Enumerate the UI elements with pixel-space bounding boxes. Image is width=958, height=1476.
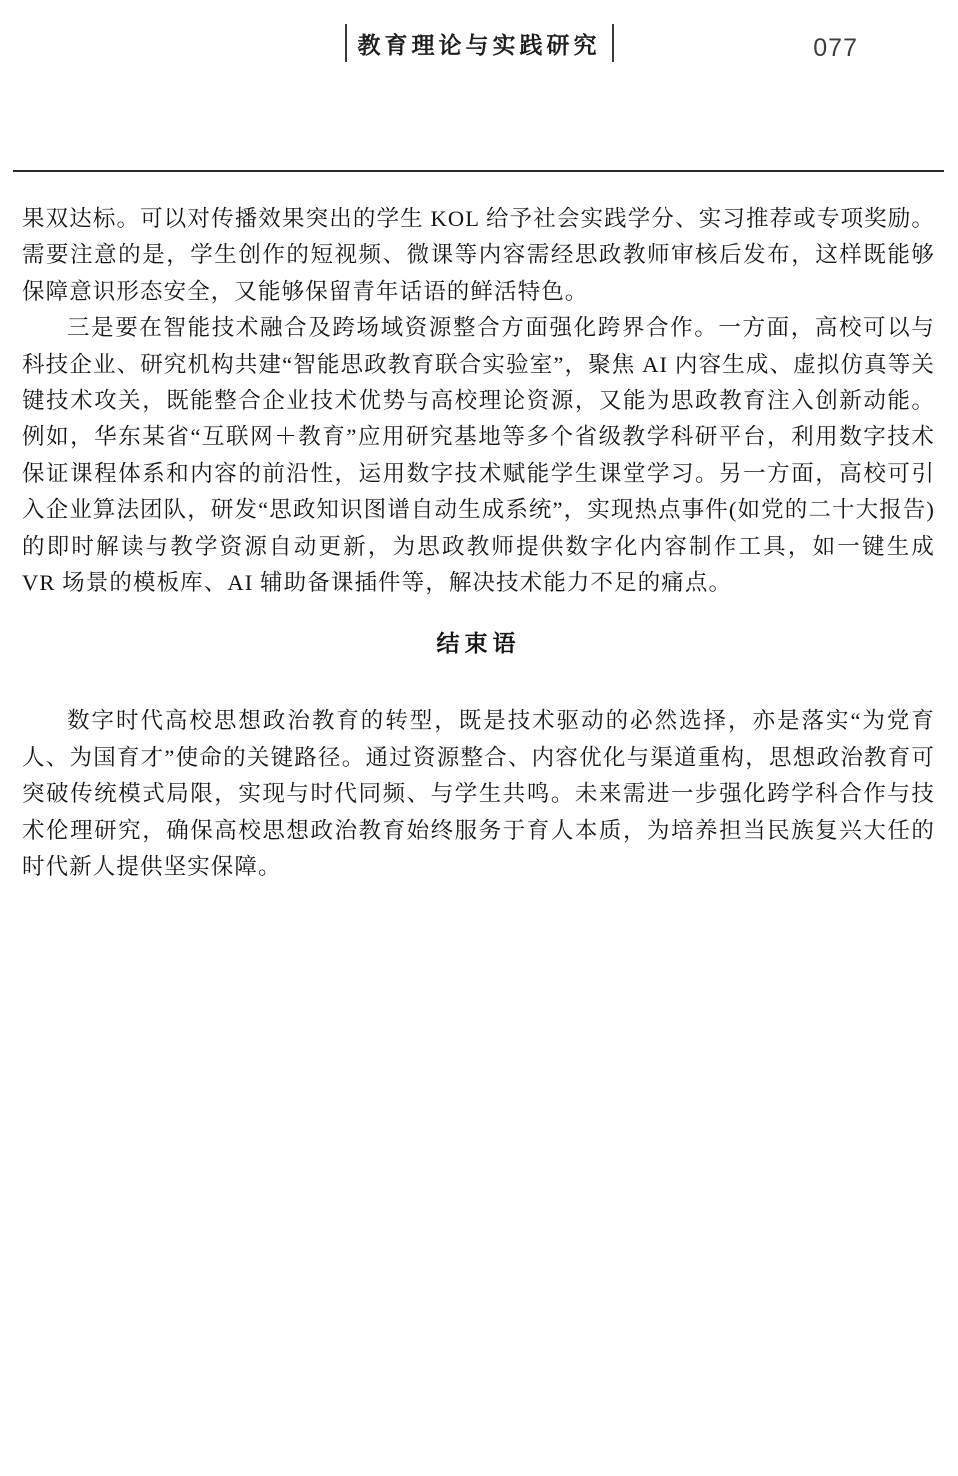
journal-title-group: 教育理论与实践研究 (345, 24, 614, 62)
conclusion-paragraph: 数字时代高校思想政治教育的转型，既是技术驱动的必然选择，亦是落实“为党育人、为国… (22, 703, 935, 885)
journal-section-title: 教育理论与实践研究 (358, 27, 601, 60)
body-paragraph-continuation: 果双达标。可以对传播效果突出的学生 KOL 给予社会实践学分、实习推荐或专项奖励… (22, 201, 935, 310)
journal-page: 教育理论与实践研究 077 果双达标。可以对传播效果突出的学生 KOL 给予社会… (0, 0, 958, 1476)
header-divider-rule (13, 170, 944, 172)
conclusion-section-heading: 结束语 (22, 628, 935, 658)
body-paragraph-third-point: 三是要在智能技术融合及跨场域资源整合方面强化跨界合作。一方面，高校可以与科技企业… (22, 310, 935, 601)
title-left-bar (345, 24, 347, 62)
article-body: 果双达标。可以对传播效果突出的学生 KOL 给予社会实践学分、实习推荐或专项奖励… (22, 201, 935, 886)
page-number: 077 (813, 34, 858, 63)
title-right-bar (612, 24, 614, 62)
